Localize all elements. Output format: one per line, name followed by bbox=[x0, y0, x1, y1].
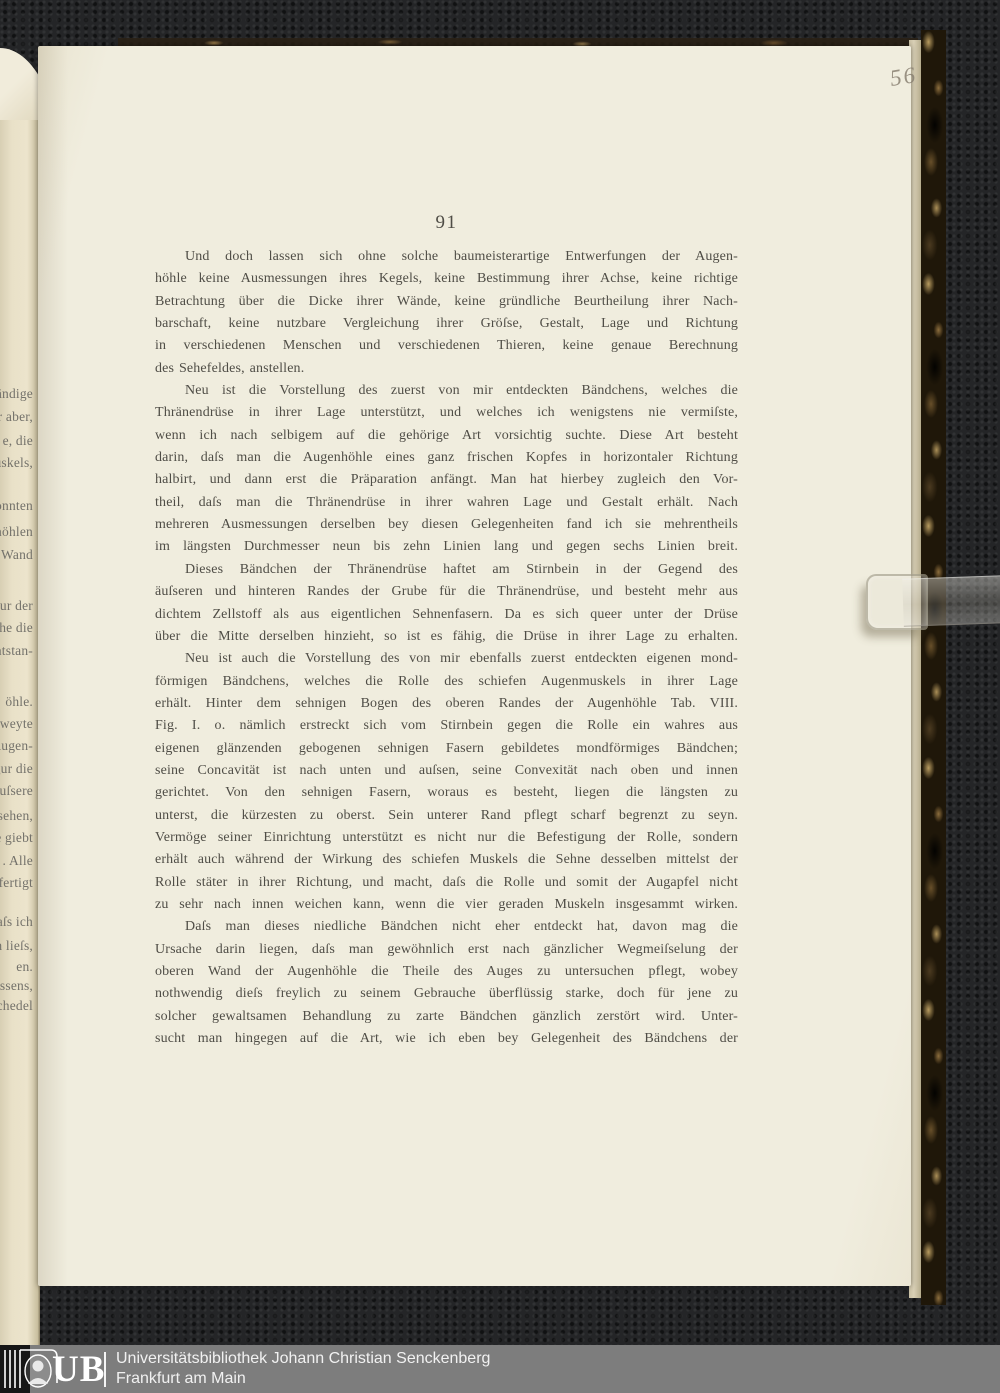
text-line: über die Mitte derselben hinzieht, so is… bbox=[155, 626, 738, 648]
facing-page-fragment: zweyte bbox=[0, 716, 33, 732]
library-banner: UB Universitätsbibliothek Johann Christi… bbox=[0, 1345, 1000, 1393]
text-block: Und doch lassen sich ohne solche baumeis… bbox=[155, 246, 738, 1050]
facing-page-fragment: efertigt bbox=[0, 875, 33, 891]
text-line: zu sehr nach innen weichen kann, wenn di… bbox=[155, 894, 738, 916]
facing-page-fragment: igur der bbox=[0, 598, 33, 614]
handwritten-folio-number: 56 bbox=[888, 62, 919, 92]
facing-page-fragment: en. bbox=[16, 959, 33, 975]
text-line: Daſs man dieses niedliche Bändchen nicht… bbox=[155, 916, 738, 938]
text-line: in verschiedenen Menschen und verschiede… bbox=[155, 335, 738, 357]
text-line: solcher gewaltsamen Behandlung zu zarte … bbox=[155, 1006, 738, 1028]
text-line: eigenen glänzenden gebogenen sehnigen Fa… bbox=[155, 738, 738, 760]
text-line: höhle keine Ausmessungen ihres Kegels, k… bbox=[155, 268, 738, 290]
facing-page-fragment: daſs ich bbox=[0, 914, 33, 930]
library-name: Universitätsbibliothek Johann Christian … bbox=[116, 1349, 490, 1369]
text-line: Betrachtung über die Dicke ihrer Wände, … bbox=[155, 291, 738, 313]
text-line: des Sehefeldes, anstellen. bbox=[155, 358, 738, 380]
text-line: wenn ich nach selbigem auf die gehörige … bbox=[155, 425, 738, 447]
text-line: Thränendrüse in ihrer Lage unterstützt, … bbox=[155, 402, 738, 424]
text-line: dichtem Zellstoff als aus eigentlichen S… bbox=[155, 604, 738, 626]
text-line: erhält auch während der Wirkung des schi… bbox=[155, 849, 738, 871]
transparent-clip-strap bbox=[902, 575, 1000, 626]
text-line: halbirt, und dann erst die Präparation a… bbox=[155, 469, 738, 491]
text-line: erhält. Hinter dem sehnigen Bogen des ob… bbox=[155, 693, 738, 715]
text-line: barschaft, keine nutzbare Vergleichung i… bbox=[155, 313, 738, 335]
text-line: Vermöge seiner Einrichtung unterstützt e… bbox=[155, 827, 738, 849]
facing-page-fragment: gur die bbox=[0, 761, 33, 777]
facing-page-fragment: öhle. bbox=[5, 694, 33, 710]
facing-page-fragment: Augen- bbox=[0, 738, 33, 754]
text-line: seine Concavität ist nach unten und auſs… bbox=[155, 760, 738, 782]
logo-separator bbox=[104, 1352, 106, 1387]
ub-logo-text: UB bbox=[52, 1348, 105, 1392]
book-scan: ändiger aber,e, dieuskels,konntenenhöhle… bbox=[0, 0, 1000, 1393]
text-line: gerichtet. Von den sehnigen Fasern, wora… bbox=[155, 782, 738, 804]
text-line: Fig. I. o. nämlich erstreckt sich vom St… bbox=[155, 715, 738, 737]
facing-page-fragment: lche die bbox=[0, 620, 33, 636]
text-line: mehreren Ausmessungen derselben bey dies… bbox=[155, 514, 738, 536]
text-line: im längsten Durchmesser neun bis zehn Li… bbox=[155, 536, 738, 558]
text-line: oberen Wand der Augenhöhle die Theile de… bbox=[155, 961, 738, 983]
book-page: 56 91 Und doch lassen sich ohne solche b… bbox=[38, 46, 911, 1286]
facing-page-fragment: konnten bbox=[0, 498, 33, 514]
text-line: unterst, die kürzesten zu oberst. Sein u… bbox=[155, 805, 738, 827]
text-line: Neu ist auch die Vorstellung des von mir… bbox=[155, 648, 738, 670]
facing-page-fragment: Wissens, bbox=[0, 978, 33, 994]
facing-page-text-fragments: ändiger aber,e, dieuskels,konntenenhöhle… bbox=[0, 0, 36, 1393]
cover-marbled-edge bbox=[921, 30, 946, 1305]
facing-page-fragment: e giebt bbox=[0, 830, 33, 846]
text-line: theil, daſs man die Thränendrüse in ihre… bbox=[155, 492, 738, 514]
facing-page-fragment: esehen, bbox=[0, 808, 33, 824]
facing-page-fragment: re Wand bbox=[0, 547, 33, 563]
page-number: 91 bbox=[155, 212, 738, 234]
facing-page-fragment: entstan- bbox=[0, 643, 33, 659]
facing-page-fragment: enhöhlen bbox=[0, 524, 33, 540]
facing-page-fragment: ändige bbox=[0, 386, 33, 402]
library-banner-text: Universitätsbibliothek Johann Christian … bbox=[116, 1349, 490, 1389]
facing-page-fragment: en lieſs, bbox=[0, 938, 33, 954]
text-line: förmigen Bändchens, welches die Rolle de… bbox=[155, 671, 738, 693]
text-line: Dieses Bändchen der Thränendrüse haftet … bbox=[155, 559, 738, 581]
text-line: äuſseren und hinteren Randes der Grube f… bbox=[155, 581, 738, 603]
facing-page-fragment: schedel bbox=[0, 998, 33, 1014]
facing-page-fragment: e, die bbox=[3, 433, 33, 449]
text-line: nothwendig dieſs freylich zu seinem Gebr… bbox=[155, 983, 738, 1005]
text-line: sucht man hingegen auf die Art, wie ich … bbox=[155, 1028, 738, 1050]
text-line: darin, daſs man die Augenhöhle eines gan… bbox=[155, 447, 738, 469]
text-line: Ursache darin liegen, daſs man gewöhnlic… bbox=[155, 939, 738, 961]
facing-page-fragment: äuſsere bbox=[0, 783, 33, 799]
library-location: Frankfurt am Main bbox=[116, 1369, 490, 1389]
text-line: Neu ist die Vorstellung des zuerst von m… bbox=[155, 380, 738, 402]
facing-page-fragment: uskels, bbox=[0, 455, 33, 471]
text-line: Und doch lassen sich ohne solche baumeis… bbox=[155, 246, 738, 268]
facing-page-fragment: . Alle bbox=[3, 853, 33, 869]
text-line: Rolle stäter in ihrer Richtung, und mach… bbox=[155, 872, 738, 894]
facing-page-fragment: r aber, bbox=[0, 409, 33, 425]
